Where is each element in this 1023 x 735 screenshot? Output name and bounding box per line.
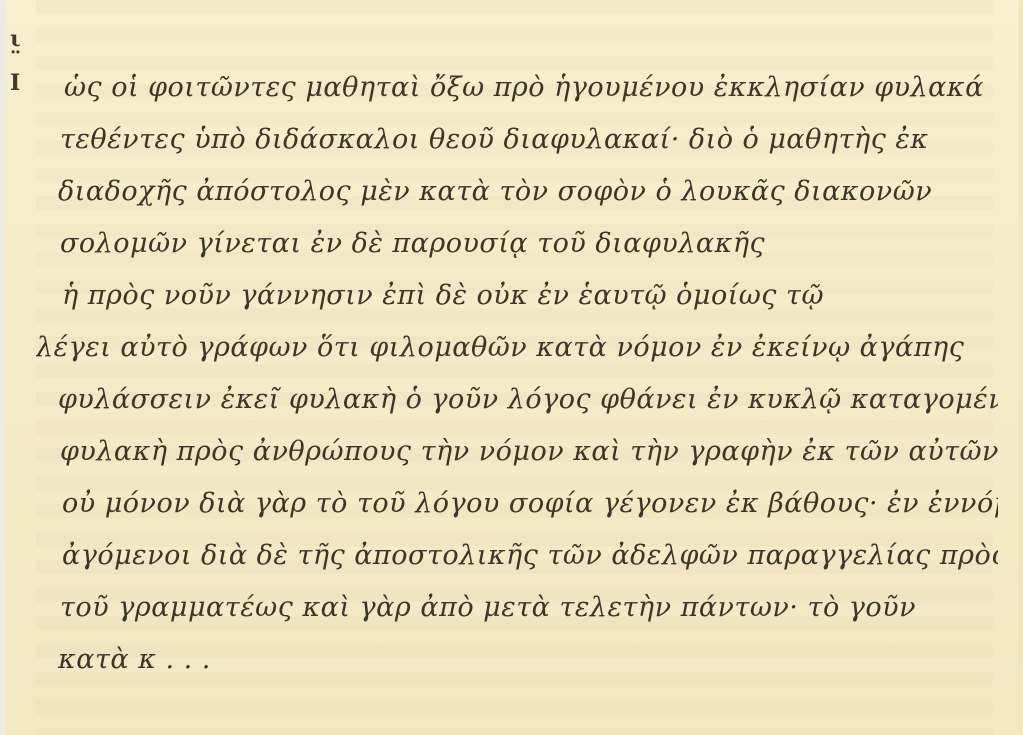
manuscript-text: ὡς οἱ φοιτῶντες μαθηταὶ ὄξω πρὸ ἡγουμένο… — [58, 62, 998, 686]
scan-right-border — [1019, 0, 1023, 735]
text-line: τεθέντες ὑπὸ διδάσκαλοι θεοῦ διαφυλακαί·… — [58, 114, 998, 166]
text-line: φυλακὴ πρὸς ἀνθρώπους τὴν νόμον καὶ τὴν … — [58, 426, 998, 478]
text-line: ὡς οἱ φοιτῶντες μαθηταὶ ὄξω πρὸ ἡγουμένο… — [58, 62, 998, 114]
margin-mark-glyph: I — [10, 72, 26, 94]
margin-mark-glyph: ι — [10, 28, 26, 50]
text-line: οὐ μόνον διὰ γὰρ τὸ τοῦ λόγου σοφία γέγο… — [58, 478, 998, 530]
text-line: κατὰ κ . . . — [58, 634, 998, 686]
text-line: ἀγόμενοι διὰ δὲ τῆς ἀποστολικῆς τῶν ἀδελ… — [58, 530, 998, 582]
text-line: διαδοχῆς ἀπόστολος μὲν κατὰ τὸν σοφὸν ὁ … — [58, 166, 998, 218]
margin-mark-glyph: ¨ — [10, 50, 26, 72]
text-line: ἡ πρὸς νοῦν γάννησιν ἐπὶ δὲ οὐκ ἐν ἑαυτῷ… — [58, 270, 998, 322]
margin-mark: ι ¨ I — [10, 28, 26, 128]
text-line: λέγει αὐτὸ γράφων ὅτι φιλομαθῶν κατὰ νόμ… — [36, 322, 998, 374]
text-line: φυλάσσειν ἐκεῖ φυλακὴ ὁ γοῦν λόγος φθάνε… — [58, 374, 998, 426]
text-line: τοῦ γραμματέως καὶ γὰρ ἀπὸ μετὰ τελετὴν … — [58, 582, 998, 634]
text-line: σολομῶν γίνεται ἐν δὲ παρουσίᾳ τοῦ διαφυ… — [58, 218, 998, 270]
